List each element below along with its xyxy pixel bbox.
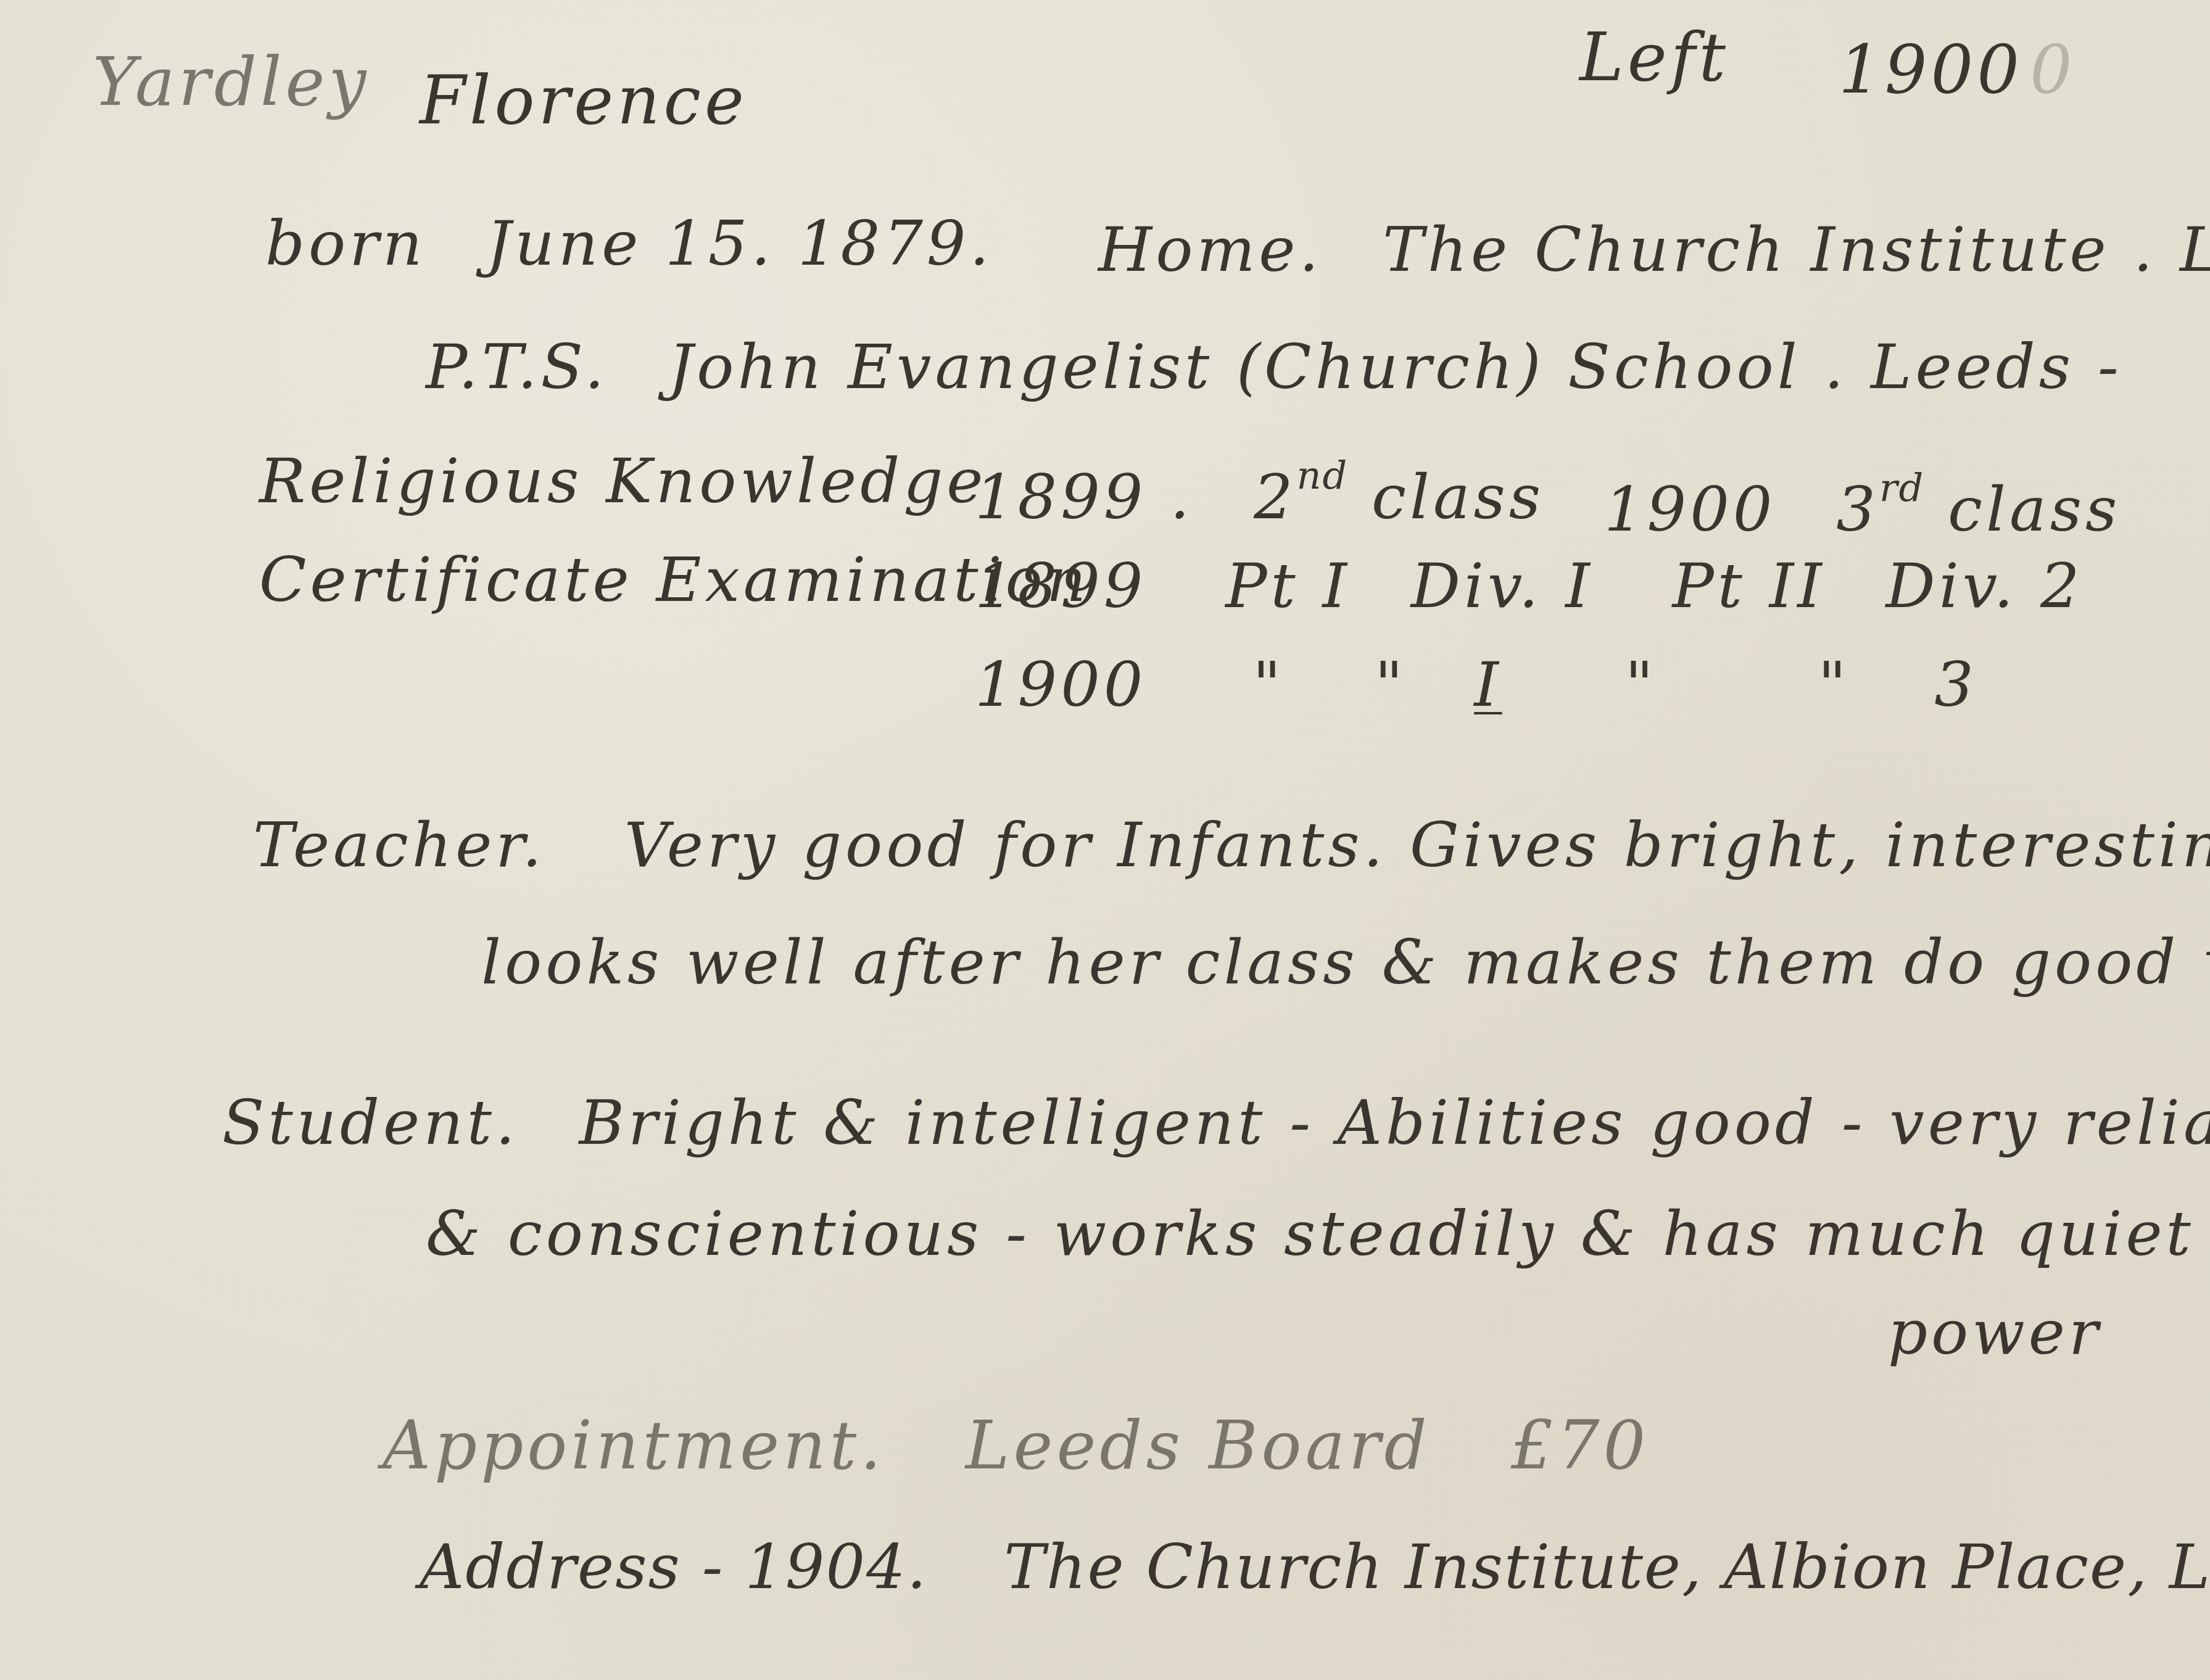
- ce-part1: Pt I: [1225, 555, 1351, 617]
- student-label: Student.: [222, 1092, 519, 1154]
- teacher-remark-line-2: looks well after her class & makes them …: [481, 932, 2210, 993]
- ce-div2: Div. 2: [1886, 550, 2084, 622]
- register-page: Yardley Florence Left 1900 0 born June 1…: [0, 0, 2210, 1680]
- rk-year: 1900: [1604, 479, 1776, 540]
- birth-date: June 15. 1879.: [486, 207, 993, 279]
- forename: Florence: [420, 68, 748, 134]
- student-remark-line-3: power: [1888, 1302, 2102, 1363]
- religious-knowledge-1900: 1900 3rd class: [1604, 469, 2121, 540]
- ce-div1: I: [1451, 654, 1525, 716]
- pts-school: John Evangelist (Church) School . Leeds …: [668, 331, 2122, 403]
- born-row: born June 15. 1879.: [265, 213, 993, 275]
- certificate-examination-label: Certificate Examination: [259, 549, 1090, 611]
- appointment-row: Appointment. Leeds Board £70: [383, 1413, 1649, 1479]
- student-remark-line-1: Student. Bright & intelligent - Abilitie…: [222, 1092, 2210, 1154]
- home-row: Home. The Church Institute . Leeds -: [1098, 219, 2210, 281]
- religious-knowledge-label: Religious Knowledge: [259, 450, 987, 512]
- surname: Yardley: [93, 49, 370, 116]
- address-row: Address - 1904. The Church Institute, Al…: [420, 1536, 2210, 1598]
- ditto-mark: ": [1549, 654, 1734, 716]
- rk-suffix: nd: [1297, 453, 1349, 498]
- home-address: The Church Institute . Leeds -: [1383, 213, 2210, 286]
- certificate-exam-row-1899: 1899 Pt I Div. I Pt II Div. 2: [975, 555, 2084, 617]
- rk-suffix: rd: [1879, 465, 1924, 510]
- home-label: Home.: [1098, 219, 1322, 281]
- pts-label: P.T.S.: [426, 336, 608, 398]
- rk-result: 2: [1254, 461, 1297, 533]
- ditto-mark: ": [1207, 654, 1330, 716]
- appointment-board: Leeds Board: [966, 1413, 1431, 1479]
- left-year: 1900: [1839, 37, 2023, 104]
- born-label: born: [265, 213, 426, 275]
- teacher-label: Teacher.: [253, 814, 545, 876]
- teacher-remark-text: Very good for Infants. Gives bright, int…: [624, 809, 2210, 881]
- student-remark-line-2: & conscientious - works steadily & has m…: [426, 1203, 2195, 1265]
- ce-div1: Div. I: [1411, 555, 1594, 617]
- rk-year: 1899 .: [975, 466, 1193, 528]
- rk-result: 3: [1836, 473, 1879, 545]
- student-remark-text: Bright & intelligent - Abilities good - …: [579, 1086, 2210, 1159]
- address-value: The Church Institute, Albion Place, Leed…: [1004, 1531, 2210, 1603]
- rk-unit: class: [1372, 461, 1544, 533]
- appointment-label: Appointment.: [383, 1413, 885, 1479]
- pts-row: P.T.S. John Evangelist (Church) School .…: [426, 336, 2122, 398]
- teacher-remark-line-1: Teacher. Very good for Infants. Gives br…: [253, 814, 2210, 876]
- ditto-mark: ": [1354, 654, 1428, 716]
- ce-year: 1900: [975, 654, 1147, 716]
- left-year-pencil-correction: 0: [2030, 37, 2076, 104]
- ce-part2: Pt II: [1673, 555, 1826, 617]
- address-label: Address - 1904.: [420, 1536, 928, 1598]
- rk-unit: class: [1948, 473, 2121, 545]
- certificate-exam-row-1900: 1900 " " I " " 3: [975, 654, 1977, 716]
- religious-knowledge-1899: 1899 . 2nd class: [975, 457, 1544, 528]
- appointment-salary: £70: [1511, 1407, 1649, 1484]
- ce-year: 1899: [975, 555, 1147, 617]
- ce-div2: 3: [1934, 648, 1977, 721]
- ditto-mark: ": [1757, 654, 1911, 716]
- left-label: Left: [1579, 25, 1729, 91]
